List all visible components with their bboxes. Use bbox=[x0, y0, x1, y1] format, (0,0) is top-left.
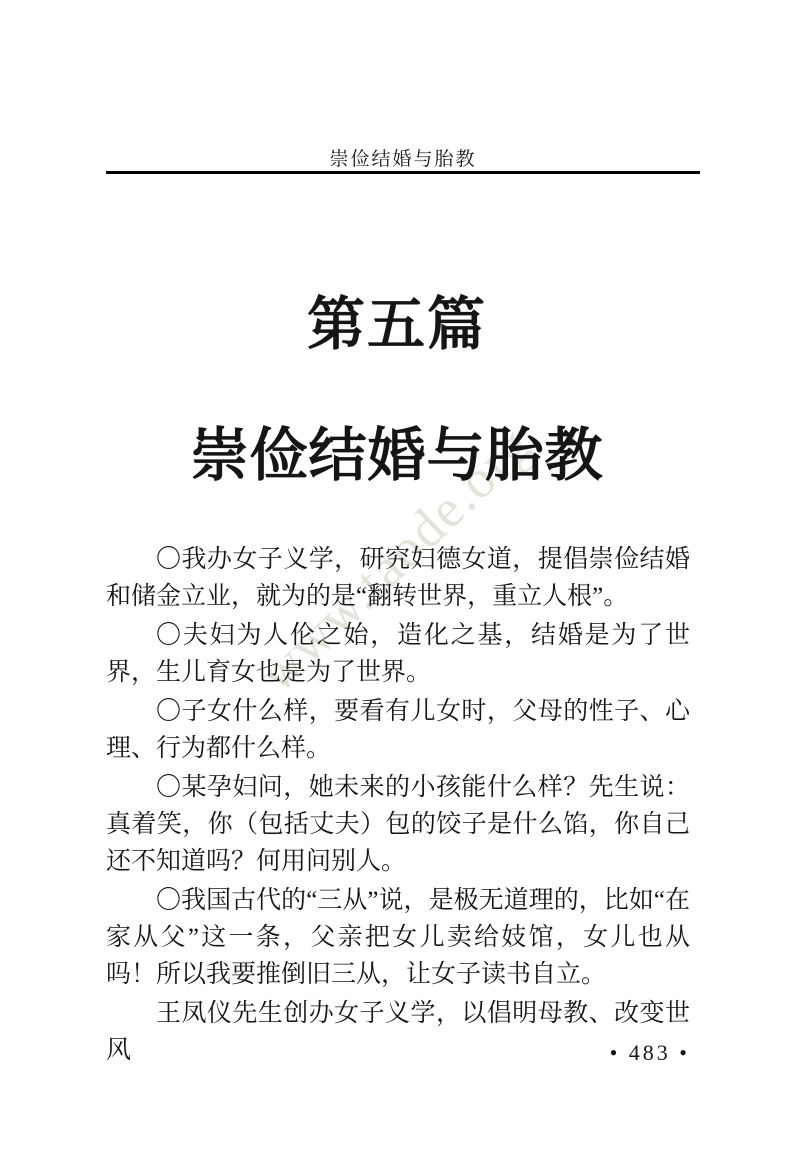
running-header: 崇俭结婚与胎教 bbox=[106, 144, 700, 171]
page-number: • 483 • bbox=[106, 1040, 690, 1066]
paragraph: 〇子女什么样，要看有儿女时，父母的性子、心理、行为都什么样。 bbox=[106, 693, 690, 767]
book-page: www.taode.org 崇俭结婚与胎教 第五篇 崇俭结婚与胎教 〇我办女子义… bbox=[0, 0, 794, 1149]
body-text-block: 〇我办女子义学，研究妇德女道，提倡崇俭结婚和储金立业，就为的是“翻转世界，重立人… bbox=[106, 541, 690, 1071]
paragraph: 〇我办女子义学，研究妇德女道，提倡崇俭结婚和储金立业，就为的是“翻转世界，重立人… bbox=[106, 541, 690, 615]
chapter-title-heading: 崇俭结婚与胎教 bbox=[0, 424, 794, 488]
paragraph: 〇某孕妇问，她未来的小孩能什么样？先生说：真着笑，你（包括丈夫）包的饺子是什么馅… bbox=[106, 769, 690, 880]
header-rule-divider bbox=[106, 171, 700, 174]
chapter-number-heading: 第五篇 bbox=[0, 293, 794, 357]
paragraph: 〇我国古代的“三从”说，是极无道理的，比如“在家从父”这一条，父亲把女儿卖给妓馆… bbox=[106, 882, 690, 993]
paragraph: 〇夫妇为人伦之始，造化之基，结婚是为了世界，生儿育女也是为了世界。 bbox=[106, 617, 690, 691]
